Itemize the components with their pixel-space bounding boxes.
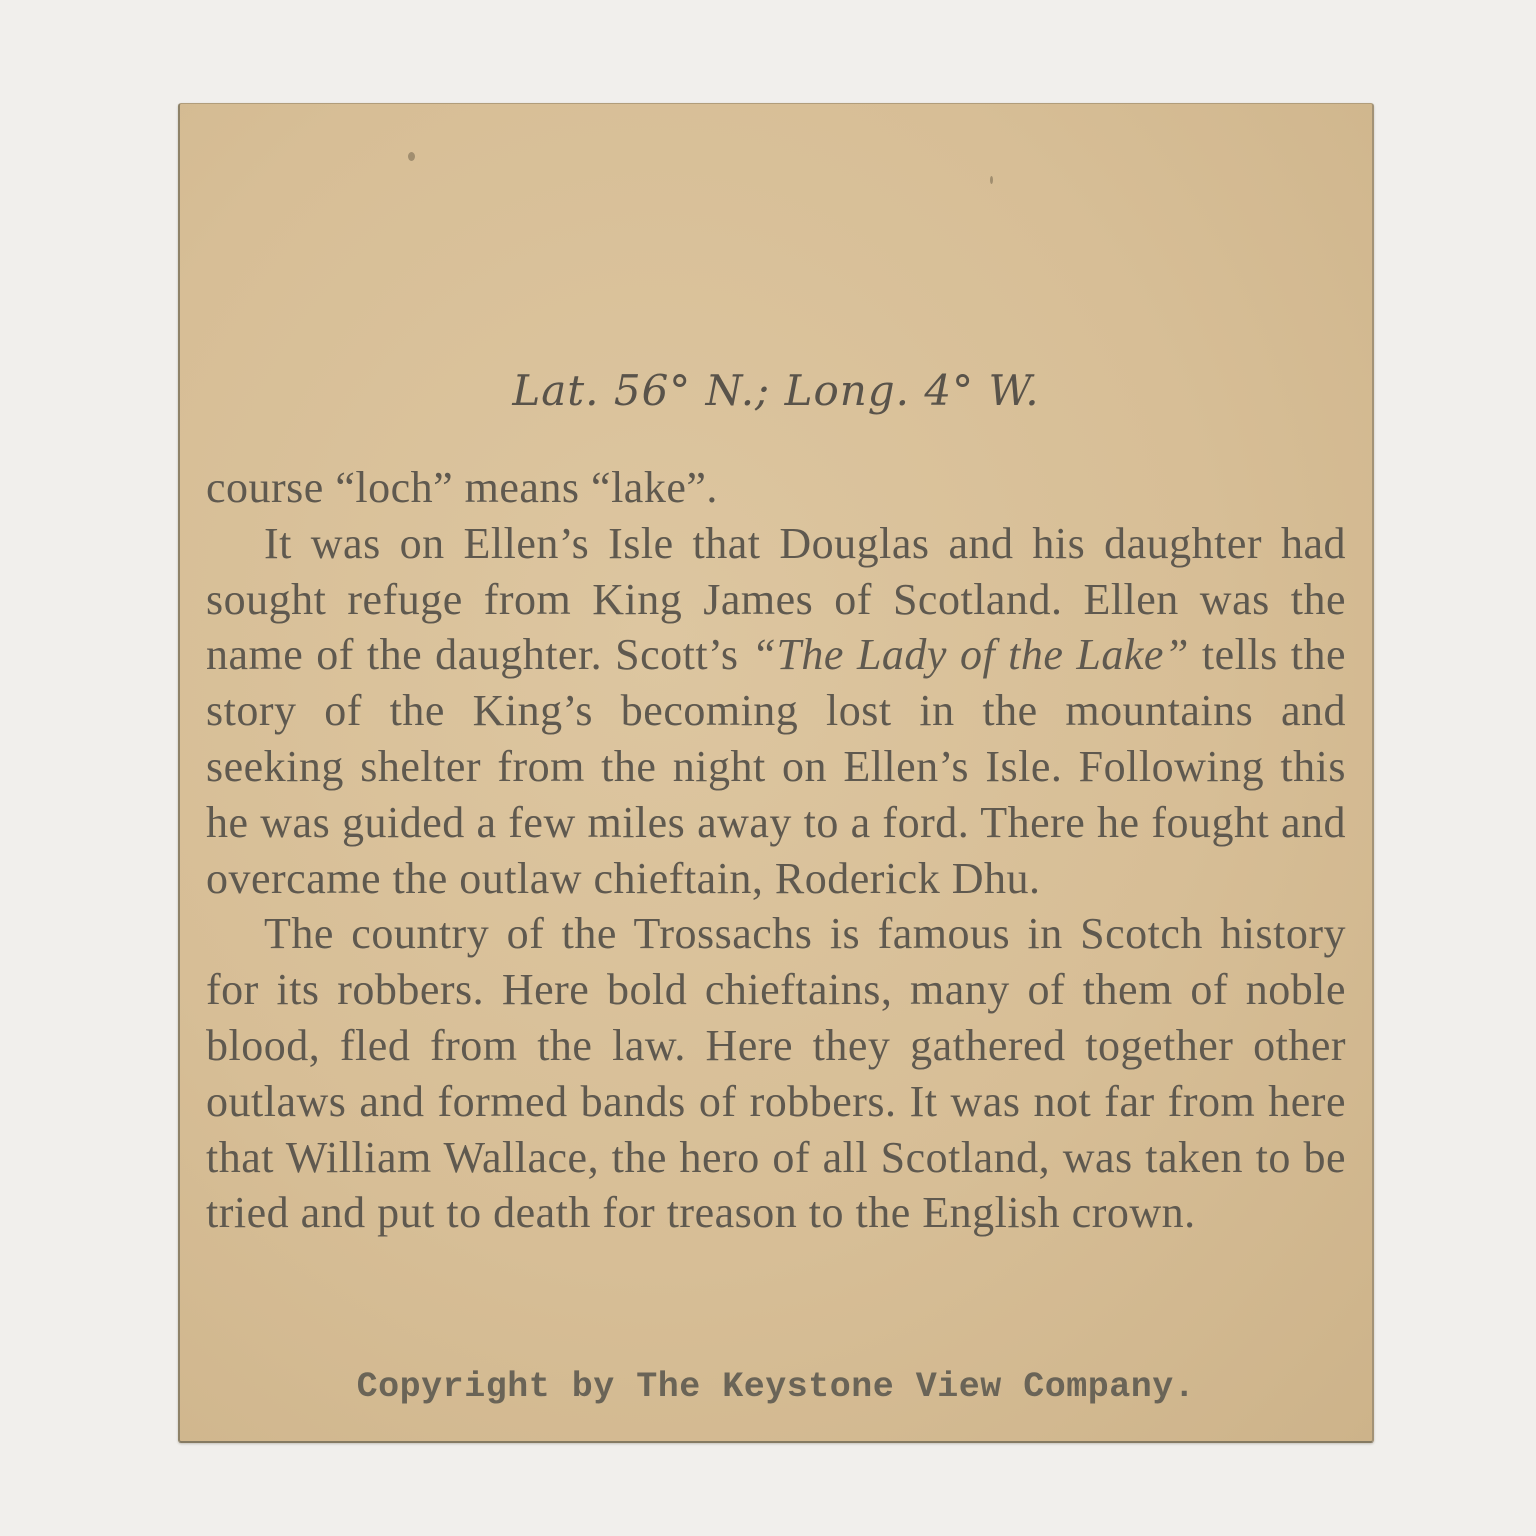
paper-speck [990, 176, 993, 184]
copyright-notice: Copyright by The Keystone View Company. [180, 1367, 1372, 1407]
body-text: course “loch” means “lake”. It was on El… [206, 460, 1346, 1241]
coordinates-heading: Lat. 56° N.; Long. 4° W. [180, 366, 1372, 415]
book-title: “The Lady of the Lake” [751, 630, 1188, 679]
paragraph-trossachs: The country of the Trossachs is famous i… [206, 906, 1346, 1241]
paper-speck [408, 152, 415, 161]
paragraph-ellens-isle: It was on Ellen’s Isle that Douglas and … [206, 516, 1346, 907]
stereoview-card-back: Lat. 56° N.; Long. 4° W. course “loch” m… [178, 103, 1374, 1443]
paragraph-continuation: course “loch” means “lake”. [206, 460, 1346, 516]
